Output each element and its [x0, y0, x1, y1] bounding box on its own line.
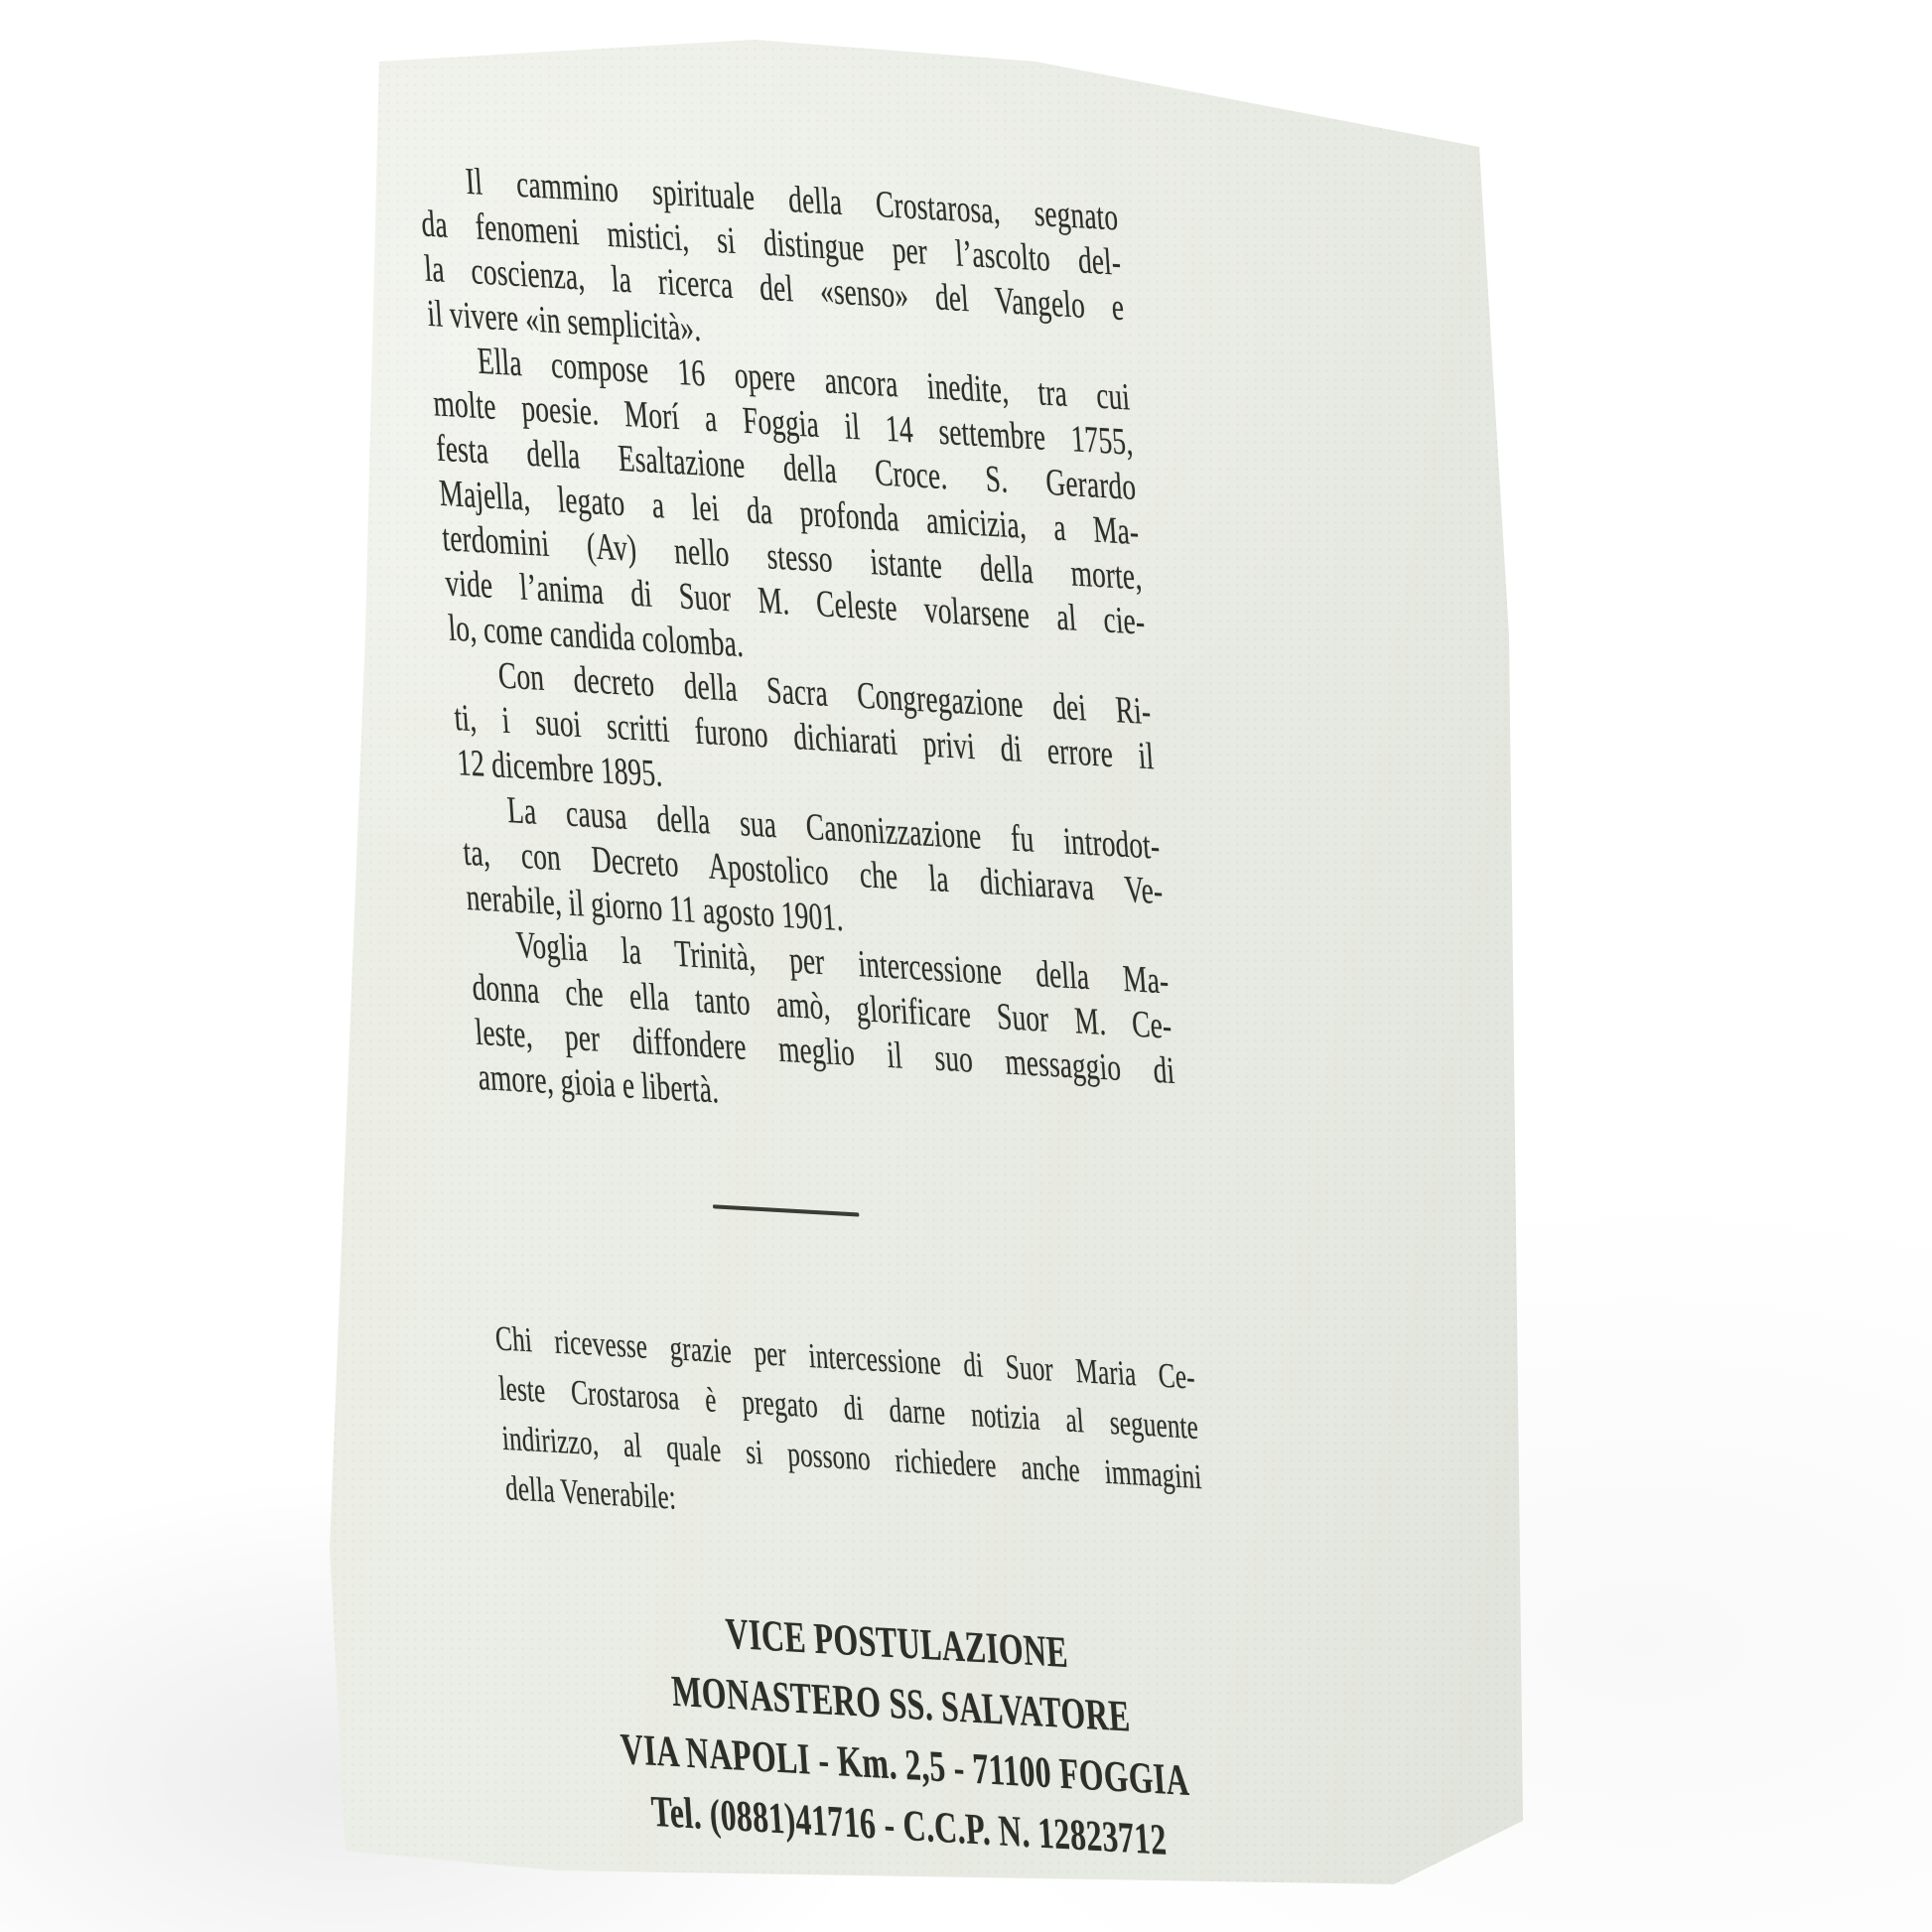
text-line: ti, i suoi scritti furono dichiarati pri…: [453, 696, 1156, 780]
text-line: Ella compose 16 opere ancora inedite, tr…: [429, 337, 1132, 421]
holy-card-back: Il cammino spirituale della Crostarosa, …: [0, 0, 1932, 1932]
text-line: da fenomeni mistici, si distingue per l’…: [420, 202, 1123, 286]
address-line: VIA NAPOLI - Km. 2,5 - 71100 FOGGIA: [586, 1717, 1223, 1813]
address-line: Tel. (0881)41716 - C.C.P. N. 12823712: [590, 1777, 1227, 1873]
text-line: nerabile, il giorno 11 agosto 1901.: [465, 876, 1168, 960]
text-line: La causa della sua Canonizzazione fu int…: [459, 785, 1162, 870]
text-line: 12 dicembre 1895.: [456, 741, 1159, 825]
card-text: Il cammino spirituale della Crostarosa, …: [417, 157, 1231, 1924]
notice-paragraph: Chi ricevesse grazie per intercessione d…: [493, 1313, 1206, 1552]
biography-text: Il cammino spirituale della Crostarosa, …: [417, 157, 1179, 1139]
text-line: Voglia la Trinità, per intercessione del…: [468, 920, 1171, 1005]
text-line: il vivere «in semplicità».: [426, 292, 1129, 376]
text-line: festa della Esaltazione della Croce. S. …: [435, 426, 1138, 510]
address-line: VICE POSTULAZIONE: [578, 1594, 1215, 1691]
text-line: leste, per diffondere meglio il suo mess…: [474, 1011, 1176, 1095]
photo-backdrop: Il cammino spirituale della Crostarosa, …: [0, 0, 1932, 1932]
printer-imprint: GERCAP-FG-TEL. 0881/8162: [655, 1867, 1231, 1923]
text-line: terdomini (Av) nello stesso istante dell…: [441, 516, 1144, 601]
text-line: della Venerabile:: [503, 1463, 1206, 1553]
text-line: ta, con Decreto Apostolico che la dichia…: [462, 831, 1165, 915]
text-line: amore, gioia e libertà.: [477, 1055, 1179, 1140]
text-line: molte poesie. Morí a Foggia il 14 settem…: [432, 381, 1135, 466]
address-line: MONASTERO SS. SALVATORE: [582, 1656, 1219, 1752]
text-line: donna che ella tanto amò, glorificare Su…: [471, 965, 1173, 1049]
text-line: Majella, legato a lei da profonda amiciz…: [438, 472, 1141, 556]
text-line: indirizzo, al quale si possono richieder…: [500, 1414, 1203, 1503]
text-line: leste Crostarosa è pregato di darne noti…: [497, 1363, 1200, 1452]
section-divider: [712, 1204, 859, 1216]
address-block: VICE POSTULAZIONEMONASTERO SS. SALVATORE…: [578, 1594, 1228, 1873]
text-line: vide l’anima di Suor M. Celeste volarsen…: [444, 561, 1147, 645]
text-line: Chi ricevesse grazie per intercessione d…: [493, 1313, 1196, 1403]
text-line: lo, come candida colomba.: [447, 606, 1150, 690]
text-line: la coscienza, la ricerca del «senso» del…: [423, 246, 1126, 331]
text-line: Il cammino spirituale della Crostarosa, …: [417, 157, 1120, 241]
text-line: Con decreto della Sacra Congregazione de…: [450, 651, 1153, 736]
